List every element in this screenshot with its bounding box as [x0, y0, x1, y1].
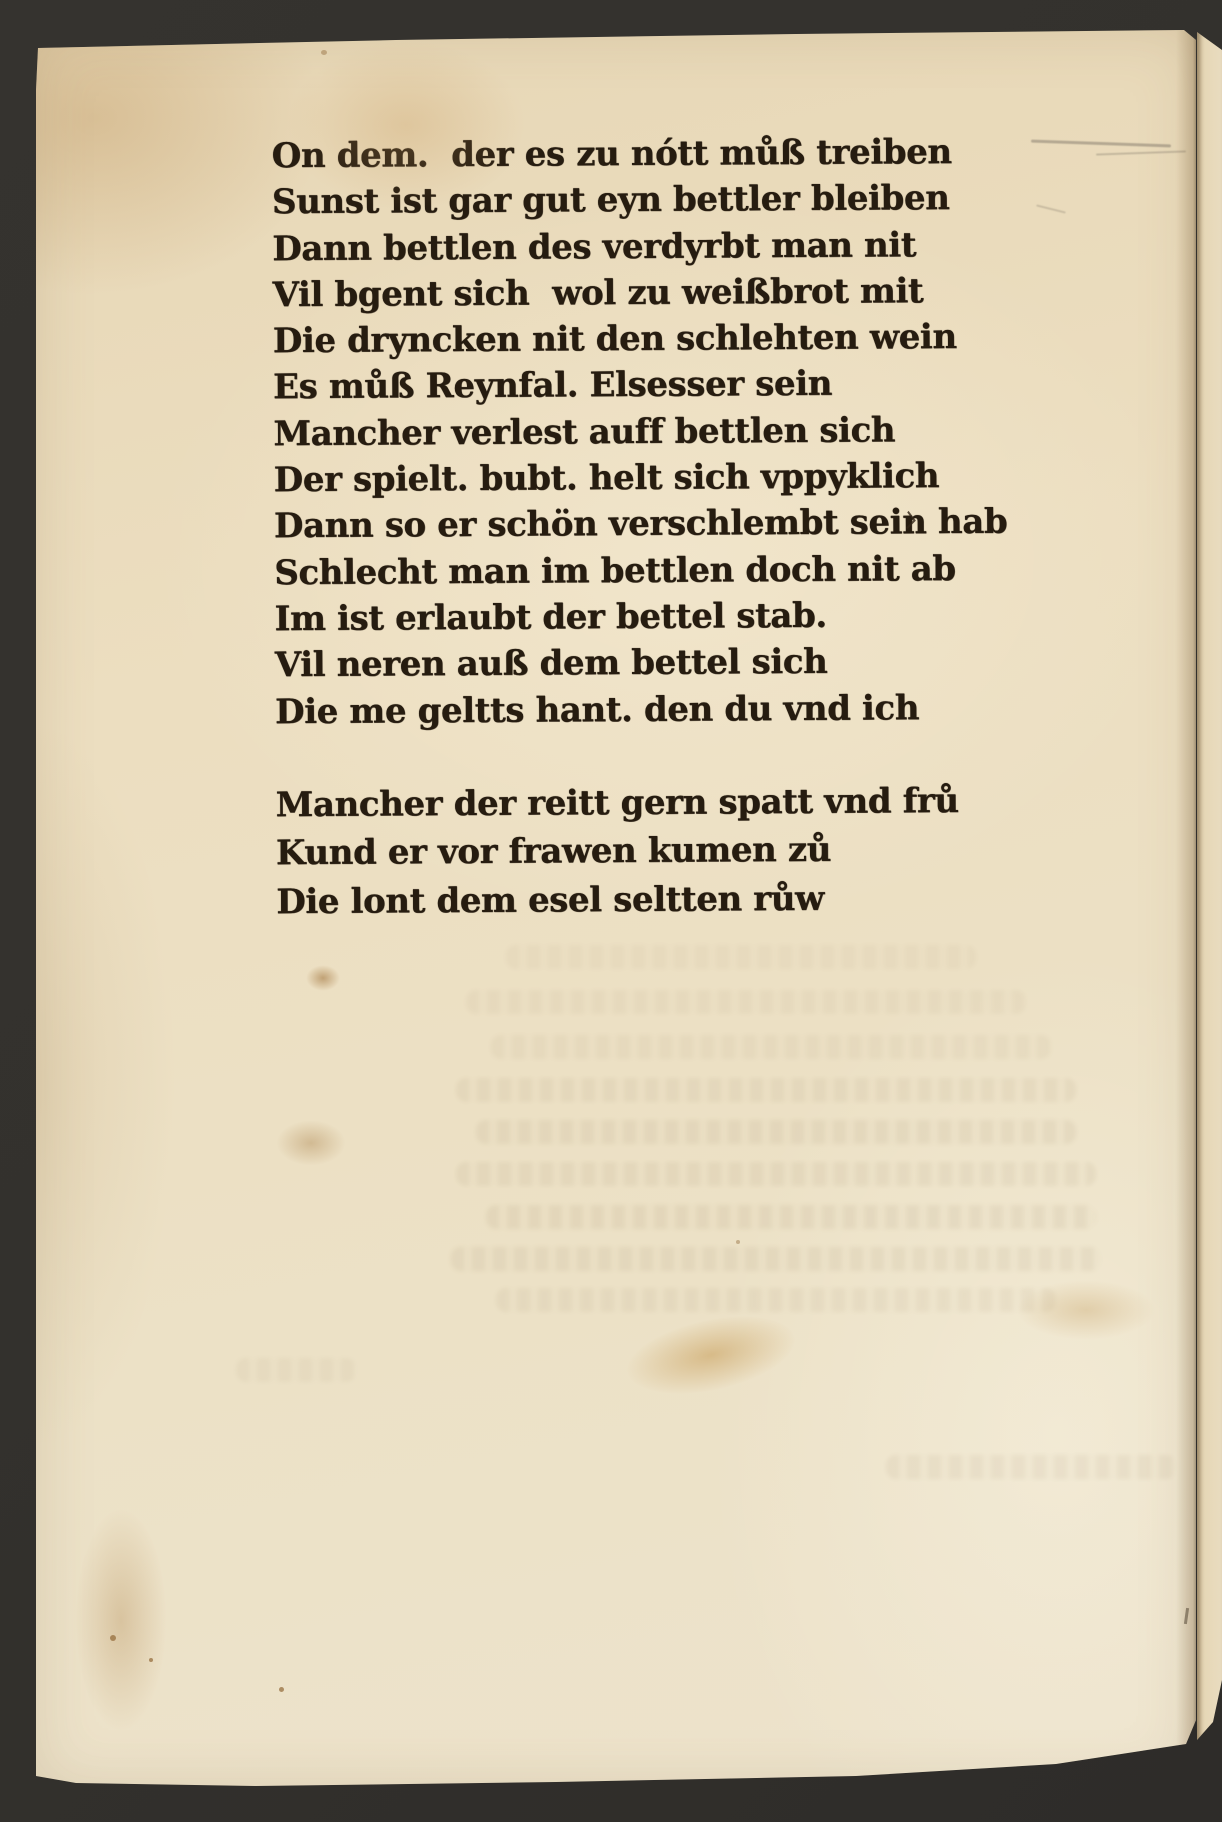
show-through-line	[456, 1078, 1076, 1102]
poem-line: Es můß Reynfal. Elsesser sein	[273, 363, 993, 414]
poem-line: Vil neren auß dem bettel sich	[275, 641, 995, 692]
paper-stain	[76, 1510, 166, 1730]
paper-stain	[1016, 1280, 1156, 1340]
paper-stain	[276, 1120, 346, 1166]
ink-tick	[1184, 1608, 1189, 1624]
show-through-line	[476, 1120, 1076, 1144]
ink-speck	[279, 1687, 284, 1692]
show-through-line	[486, 1205, 1096, 1229]
show-through-line	[491, 1035, 1051, 1059]
fore-edge-pages	[1197, 28, 1222, 1744]
poem-line: Der spielt. bubt. helt sich vppyklich	[274, 456, 994, 507]
poem-text-block: On dem. der es zu nótt můß treiben Sunst…	[272, 132, 997, 931]
show-through-line	[506, 945, 976, 969]
show-through-line	[236, 1358, 356, 1382]
poem-line: Die dryncken nit den schlehten wein	[273, 317, 993, 368]
pencil-mark	[1031, 140, 1171, 148]
paper-stain	[306, 965, 340, 991]
show-through-line	[451, 1247, 1101, 1271]
paper-stain	[621, 1303, 802, 1407]
paper-stain	[286, 40, 526, 210]
show-through-line	[496, 1288, 1056, 1312]
photo-of-open-book: { "document": { "kind": "early-printed-b…	[0, 0, 1222, 1822]
stanza-gap	[275, 734, 995, 785]
poem-line: Die lont dem esel seltten růw	[276, 878, 996, 931]
poem-line: Schlecht man im bettlen doch nit ab	[274, 548, 994, 599]
show-through-line	[466, 990, 1026, 1014]
book-page: On dem. der es zu nótt můß treiben Sunst…	[36, 30, 1196, 1788]
poem-line: Mancher verlest auff bettlen sich	[273, 410, 993, 461]
ink-speck	[321, 50, 327, 55]
poem-line: Die me geltts hant. den du vnd ich	[275, 687, 995, 738]
poem-line: Dann so er schön verschlembt sein hab	[274, 502, 994, 553]
ink-speck	[149, 1658, 153, 1662]
show-through-line	[456, 1162, 1096, 1186]
poem-line: Kund er vor frawen kumen zů	[276, 829, 996, 882]
ink-speck	[736, 1240, 740, 1244]
show-through-line	[886, 1455, 1176, 1479]
pencil-mark	[1036, 204, 1066, 213]
poem-line: Dann bettlen des verdyrbt man nit	[272, 224, 992, 275]
pencil-mark	[1096, 150, 1186, 155]
poem-line: Im ist erlaubt der bettel stab.	[274, 595, 994, 646]
ink-speck	[110, 1635, 116, 1641]
poem-line: Mancher der reitt gern spatt vnd frů	[276, 781, 996, 834]
poem-line: Vil bgent sich wol zu weißbrot mit	[272, 271, 992, 322]
